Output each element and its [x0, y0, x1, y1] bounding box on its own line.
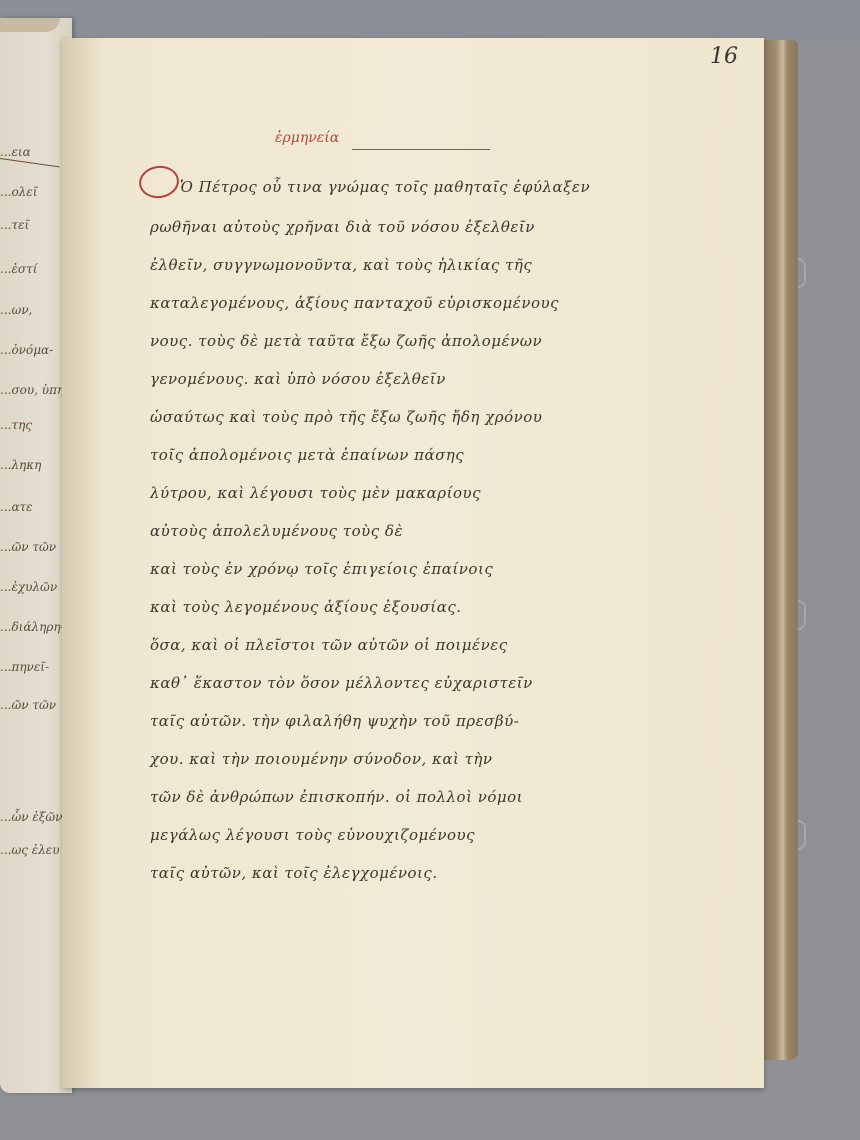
text-line: μεγάλως λέγουσι τοὺς εὐνουχιζομένους	[150, 826, 475, 850]
page-clip	[798, 820, 806, 850]
text-line: νους. τοὺς δὲ μετὰ ταῦτα ἔξω ζωῆς ἀπολομ…	[150, 332, 542, 356]
left-fragment: ...ολεῖ	[0, 185, 37, 199]
left-fragment: ...της	[0, 418, 32, 432]
text-line: χου. καὶ τὴν ποιουμένην σύνοδον, καὶ τὴν	[150, 750, 493, 774]
text-line: τῶν δὲ ἀνθρώπων ἐπισκοπήν. οἱ πολλοὶ νόμ…	[150, 788, 523, 812]
text-line: ἐλθεῖν, συγγνωμονοῦντα, καὶ τοὺς ἡλικίας…	[150, 256, 532, 280]
left-fragment: ...ῶν τῶν	[0, 540, 56, 554]
page-gutter-shadow	[62, 38, 102, 1088]
text-line: ὡσαύτως καὶ τοὺς πρὸ τῆς ἔξω ζωῆς ἤδη χρ…	[150, 408, 542, 432]
left-fragment: ...πηνεῖ-	[0, 660, 49, 674]
text-line: λύτρου, καὶ λέγουσι τοὺς μὲν μακαρίους	[150, 484, 481, 508]
text-line: αὐτοὺς ἀπολελυμένους τοὺς δὲ	[150, 522, 403, 546]
left-page-rule	[0, 158, 59, 167]
text-line: καθ᾽ ἕκαστον τὸν ὅσον μέλλοντες εὐχαριστ…	[150, 674, 533, 698]
left-fragment: ...ὧν ἐξῶν	[0, 810, 62, 824]
text-line: ὅσα, καὶ οἱ πλεῖστοι τῶν αὐτῶν οἱ ποιμέν…	[150, 636, 508, 660]
left-fragment: ...ἐστί	[0, 262, 37, 276]
text-line: καὶ τοὺς ἐν χρόνῳ τοῖς ἐπιγείοις ἐπαίνοι…	[150, 560, 493, 584]
left-fragment: ...τεῖ	[0, 218, 29, 232]
text-line: ρωθῆναι αὐτοὺς χρῆναι διὰ τοῦ νόσου ἐξελ…	[150, 218, 535, 242]
left-fragment: ...ως ἐλευ	[0, 843, 60, 857]
text-line: τοῖς ἀπολομένοις μετὰ ἐπαίνων πάσης	[150, 446, 464, 470]
background	[0, 0, 860, 40]
left-fragment: ...ὀνόμα-	[0, 343, 53, 357]
left-fragment: ...εια	[0, 145, 31, 159]
left-fragment: ...σου, ὑπη-	[0, 383, 68, 397]
left-fragment: ...ῶν τῶν	[0, 698, 56, 712]
text-line: Ὁ Πέτρος οὗ τινα γνώμας τοῖς μαθηταῖς ἐφ…	[180, 178, 590, 202]
rubric-rule	[352, 149, 490, 150]
folio-number: 16	[710, 44, 738, 69]
rubric-heading: ἑρμηνεία	[275, 130, 339, 146]
page-edge-wear	[0, 18, 60, 32]
page-clip	[798, 600, 806, 630]
text-line: γενομένους. καὶ ὑπὸ νόσου ἐξελθεῖν	[150, 370, 446, 394]
text-line: καὶ τοὺς λεγομένους ἀξίους ἐξουσίας.	[150, 598, 462, 622]
left-fragment: ...ων,	[0, 303, 32, 317]
left-fragment: ...ληκη	[0, 458, 41, 472]
text-line: ταῖς αὐτῶν, καὶ τοῖς ἐλεγχομένοις.	[150, 864, 438, 888]
text-line: καταλεγομένους, ἀξίους πανταχοῦ εὑρισκομ…	[150, 294, 559, 318]
left-fragment: ...διάληρη-	[0, 620, 65, 634]
text-line: ταῖς αὐτῶν. τὴν φιλαλήθη ψυχὴν τοῦ πρεσβ…	[150, 712, 519, 736]
page-clip	[798, 258, 806, 288]
left-fragment: ...ατε	[0, 500, 33, 514]
left-fragment: ...ἐχυλῶν	[0, 580, 57, 594]
book-fore-edge	[764, 40, 798, 1060]
